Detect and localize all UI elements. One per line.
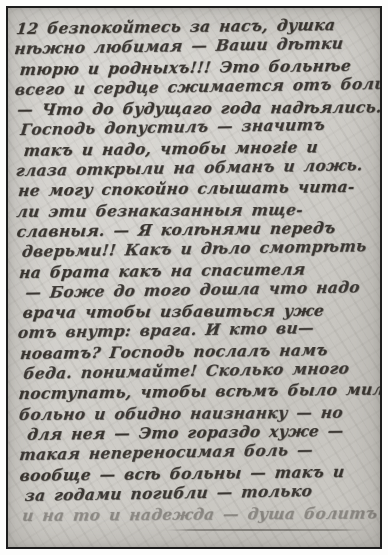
handwriting-line: и на то и надежда — душа болитъ: [21, 504, 380, 527]
handwriting-line: ли эти безнаказанныя тще-: [15, 199, 377, 222]
ink-bleedthrough-texture: [8, 8, 380, 547]
handwriting-line: Господь допустилъ — значитъ: [19, 115, 376, 141]
handwriting-line: — Боже до того дошла что надо: [24, 277, 378, 303]
paper-grain-texture: [8, 8, 380, 547]
handwriting-line: глаза открыли на обманъ и ложь.: [15, 155, 377, 181]
handwriting-text-block: 12 безпокойтесь за насъ, душканѣжно люби…: [13, 15, 379, 543]
handwriting-line: за годами погибли — только: [24, 480, 380, 506]
handwriting-line: 12 безпокойтесь за насъ, душка: [15, 15, 375, 40]
handwriting-line: славныя. — Я колѣнями передъ: [16, 218, 378, 243]
handwriting-line: нѣжно любимая — Ваши дѣтки: [13, 34, 375, 60]
handwriting-line: врача чтобы избавиться уже: [22, 301, 379, 324]
handwriting-line: поступать, чтобы всѣмъ было мило — но: [18, 380, 380, 405]
manuscript-page: 12 безпокойтесь за насъ, душканѣжно люби…: [8, 8, 380, 547]
handwriting-line: вообще — всѣ больны — такъ и: [19, 461, 380, 486]
handwriting-line: на брата какъ на спасителя: [18, 258, 378, 283]
manuscript-photo: 12 безпокойтесь за насъ, душканѣжно люби…: [0, 0, 388, 555]
handwriting-line: такая непереносимая боль —: [18, 439, 380, 465]
handwriting-line: для нея — Это гораздо хуже —: [26, 421, 380, 446]
handwriting-line: новатъ? Господь послалъ намъ: [19, 340, 379, 365]
handwriting-line: — Что до будущаго года надѣялись.: [16, 98, 376, 121]
handwriting-line: всего и сердце сжимается отъ боли: [14, 74, 376, 100]
handwriting-line: беда. понимайте! Сколько много: [22, 358, 379, 384]
handwriting-line: такъ и надо, чтобы многіе и: [23, 137, 377, 162]
handwriting-line: не могу спокойно слышать чита-: [17, 177, 377, 202]
handwriting-line: тюрю и родныхъ!!! Это больнѣе: [19, 55, 376, 80]
pencil-stroke: [164, 529, 369, 531]
handwriting-line: больно и обидно наизнанку — но: [18, 402, 380, 425]
handwriting-line: отъ внутр: врага. И кто ви—: [17, 318, 379, 344]
photo-frame-border: 12 безпокойтесь за насъ, душканѣжно люби…: [6, 6, 382, 549]
handwriting-line: дверьми!! Какъ и дѣло смотрѣть: [21, 236, 378, 262]
